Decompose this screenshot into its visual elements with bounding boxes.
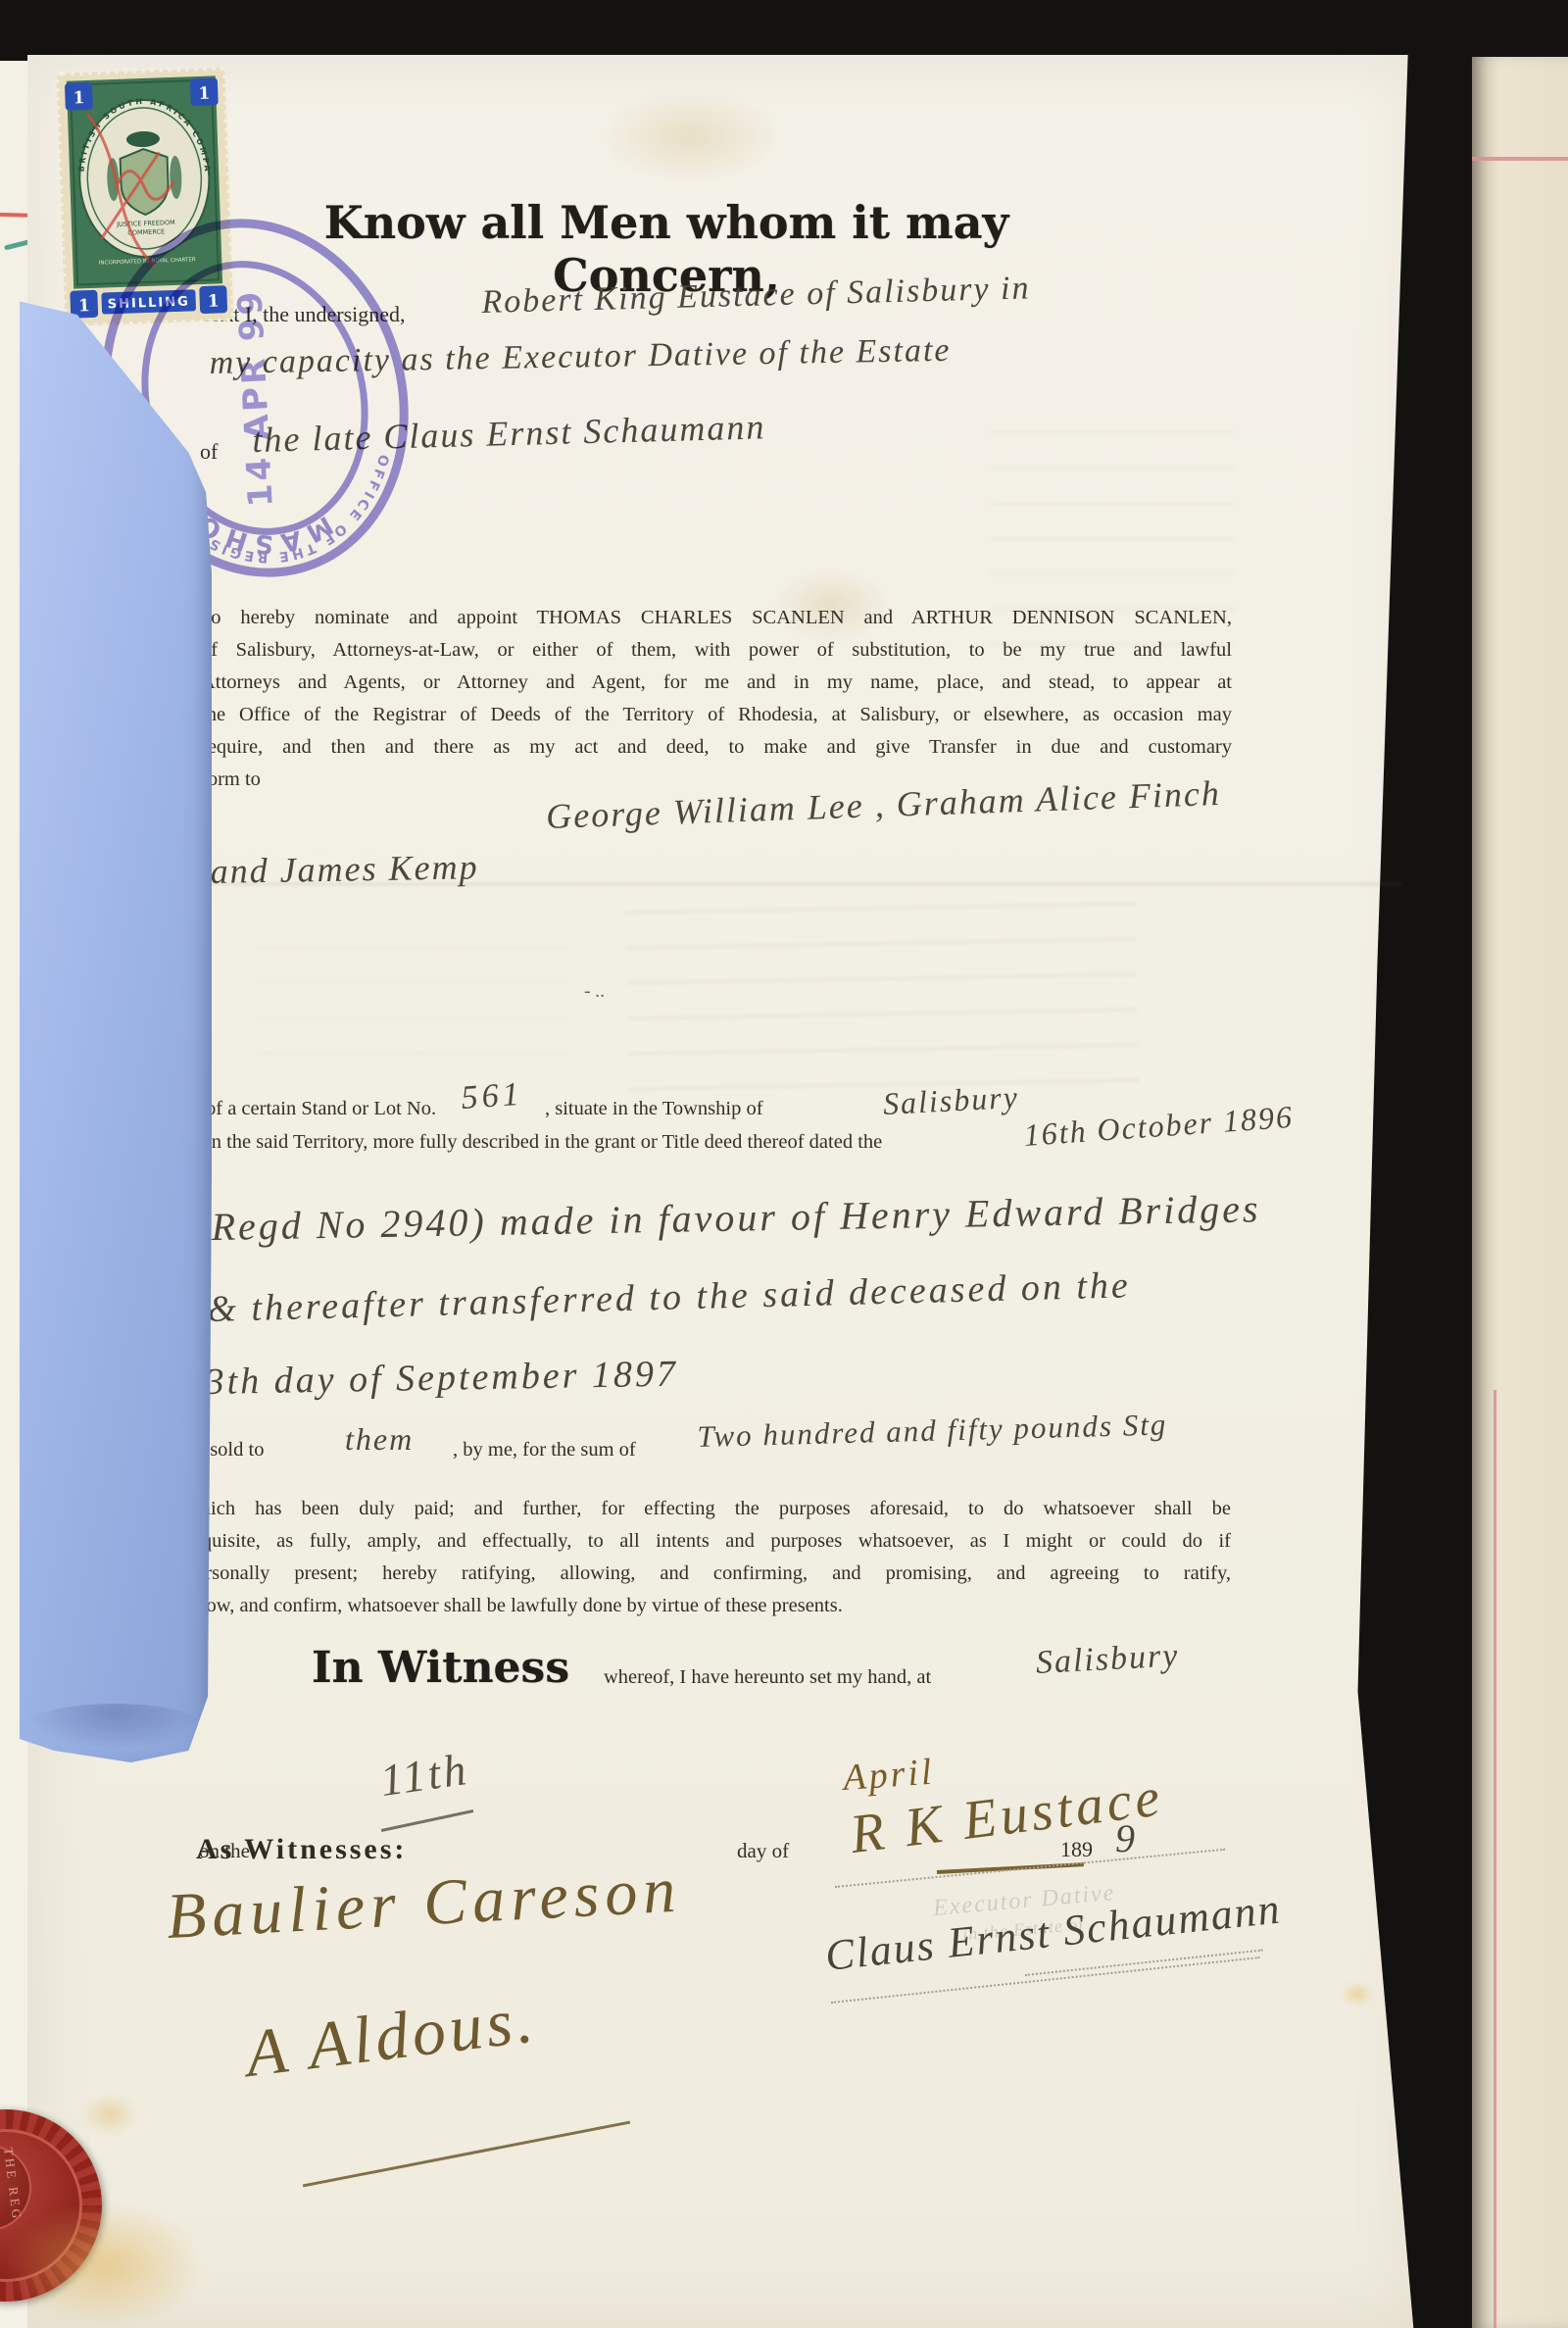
stain [598, 90, 784, 183]
stain [1341, 1982, 1374, 2006]
oval-stamp-date: 14 APR 99 [230, 288, 281, 509]
sold-printed-b: , by me, for the sum of [453, 1439, 636, 1461]
margin-line-horizontal [1472, 157, 1568, 161]
lot-number-handwriting: 561 [460, 1076, 523, 1117]
in-witness-heading: In Witness [312, 1643, 569, 1693]
stamp-value: 1 [73, 88, 85, 108]
blue-paper-overlay [20, 294, 212, 1762]
paragraph-line: the Office of the Registrar of Deeds of … [201, 699, 1232, 731]
ink-bleed-through [255, 946, 568, 1059]
stamp-value: 1 [198, 84, 211, 104]
paragraph-line: allow, and confirm, whatsoever shall be … [186, 1590, 1231, 1622]
margin-line-vertical [1494, 1390, 1496, 2328]
paragraph-line: personally present; hereby ratifying, al… [186, 1558, 1231, 1590]
paragraph-line: Attorneys and Agents, or Attorney and Ag… [201, 667, 1232, 699]
paragraph-line: of Salisbury, Attorneys-at-Law, or eithe… [201, 634, 1232, 667]
paragraph-line: require, and then and there as my act an… [201, 731, 1232, 764]
lot-printed-b: , situate in the Township of [545, 1098, 763, 1120]
transfer-handwriting-3: 3th day of September 1897 [205, 1353, 678, 1404]
paragraph-line: requisite, as fully, amply, and effectua… [186, 1525, 1231, 1558]
stain [82, 2094, 137, 2135]
closing-paragraph: which has been duly paid; and further, f… [186, 1493, 1231, 1622]
appointment-paragraph: do hereby nominate and appoint THOMAS CH… [201, 602, 1232, 796]
month-handwriting: April [842, 1751, 936, 1800]
witness-place-handwriting: Salisbury [1035, 1637, 1180, 1682]
territory-printed: in the said Territory, more fully descri… [206, 1131, 882, 1154]
grantees-handwriting-2: and James Kemp [210, 846, 479, 892]
paragraph-line: which has been duly paid; and further, f… [186, 1493, 1231, 1525]
day-of-label: day of [737, 1839, 789, 1863]
township-handwriting: Salisbury [882, 1079, 1020, 1122]
ink-bleed-through [625, 902, 1138, 1092]
blue-paper-curl-shadow [25, 1704, 204, 1749]
buyer-handwriting: them [345, 1421, 414, 1458]
pen-rest-mark: - .. [584, 980, 606, 1003]
stain [6, 2204, 202, 2328]
in-witness-printed: whereof, I have hereunto set my hand, at [604, 1666, 931, 1689]
scanned-document-canvas: Know all Men whom it may Concern, That I… [0, 0, 1568, 2328]
underlying-page-edge-right [1472, 57, 1568, 2328]
lot-printed-a: of a certain Stand or Lot No. [206, 1098, 436, 1120]
year-printed: 189 [1060, 1837, 1093, 1862]
as-witnesses-label: As Witnesses: [196, 1833, 407, 1866]
